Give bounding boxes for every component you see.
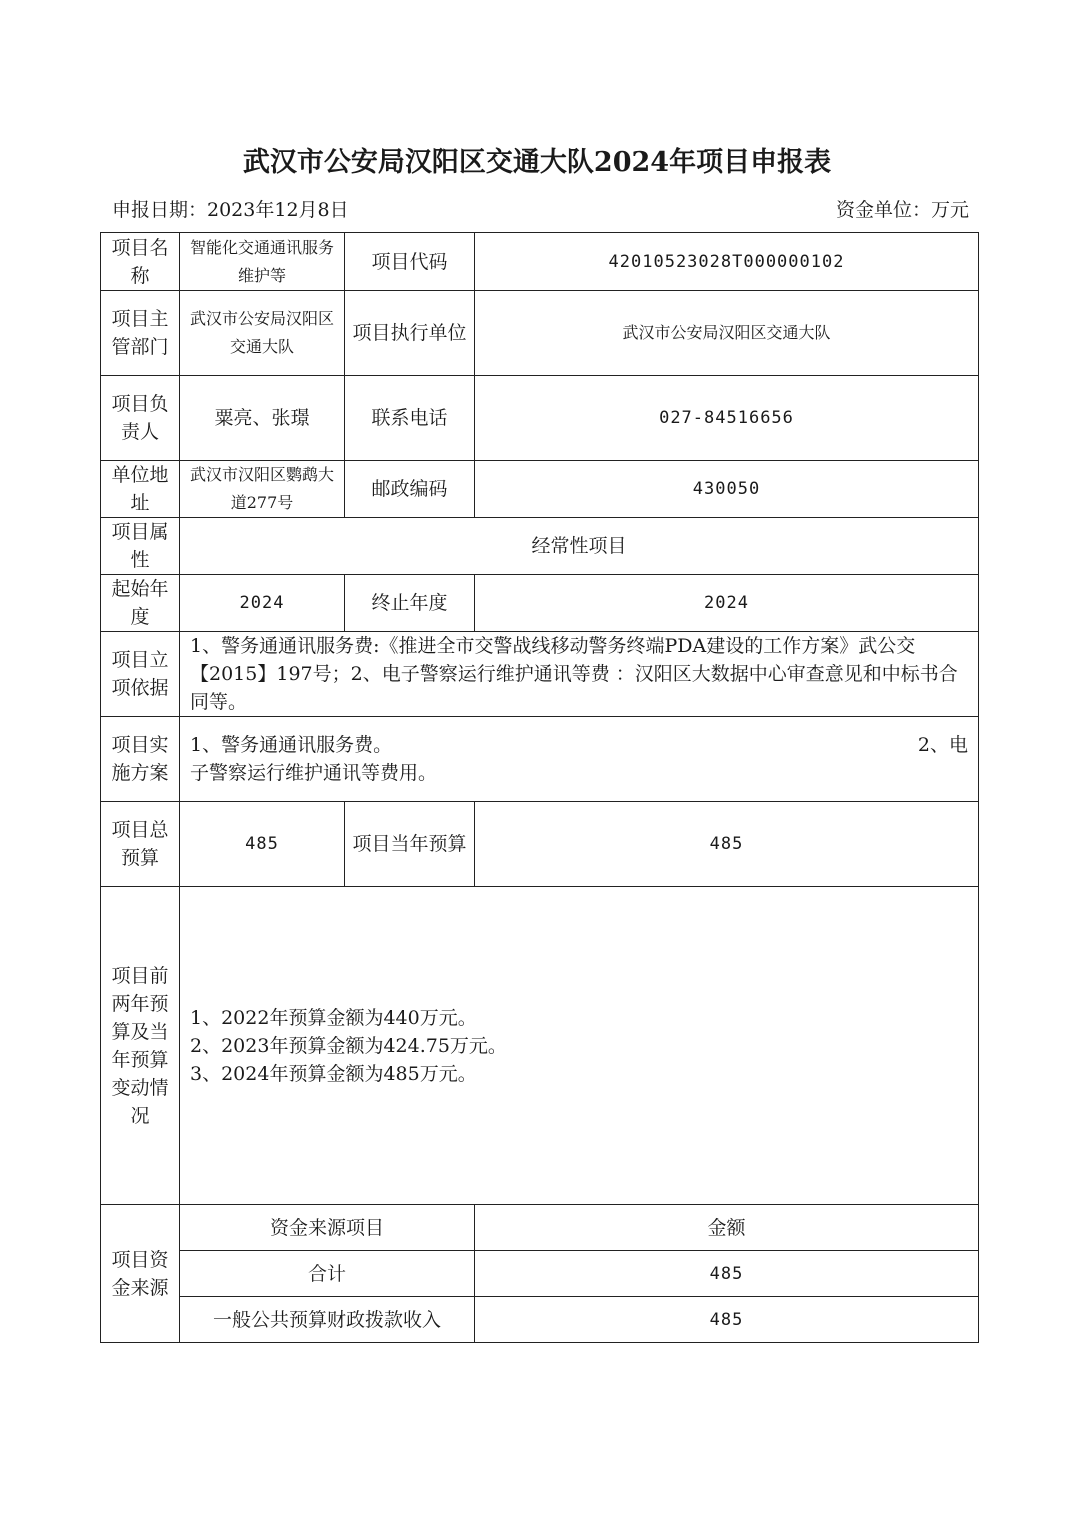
value-phone: 027-84516656 [475, 376, 979, 461]
label-plan: 项目实施方案 [101, 717, 180, 802]
report-date: 申报日期：2023年12月8日 [112, 195, 349, 222]
row-project-name: 项目名称 智能化交通通讯服务维护等 项目代码 42010523028T00000… [101, 233, 979, 291]
history-line-2024: 3、2024年预算金额为485万元。 [190, 1060, 968, 1088]
value-basis: 1、警务通通讯服务费:《推进全市交警战线移动警务终端PDA建设的工作方案》武公交… [180, 632, 979, 717]
label-start-year: 起始年度 [101, 575, 180, 632]
row-budget: 项目总预算 485 项目当年预算 485 [101, 802, 979, 887]
row-years: 起始年度 2024 终止年度 2024 [101, 575, 979, 632]
label-funding: 项目资金来源 [101, 1205, 180, 1343]
label-project-code: 项目代码 [345, 233, 475, 291]
value-current-budget: 485 [475, 802, 979, 887]
value-address: 武汉市汉阳区鹦鹉大道277号 [180, 461, 345, 518]
label-end-year: 终止年度 [345, 575, 475, 632]
plan-line2: 子警察运行维护通讯等费用。 [190, 759, 968, 787]
row-basis: 项目立项依据 1、警务通通讯服务费:《推进全市交警战线移动警务终端PDA建设的工… [101, 632, 979, 717]
row-attribute: 项目属性 经常性项目 [101, 518, 979, 575]
value-start-year: 2024 [180, 575, 345, 632]
label-history: 项目前两年预算及当年预算变动情况 [101, 887, 180, 1205]
label-exec-unit: 项目执行单位 [345, 291, 475, 376]
plan-line1-left: 1、警务通通讯服务费。 [190, 731, 392, 759]
row-funding-total: 合计 485 [101, 1251, 979, 1297]
label-basis: 项目立项依据 [101, 632, 180, 717]
label-attribute: 项目属性 [101, 518, 180, 575]
label-person: 项目负责人 [101, 376, 180, 461]
project-application-table: 项目名称 智能化交通通讯服务维护等 项目代码 42010523028T00000… [100, 232, 979, 1343]
value-department: 武汉市公安局汉阳区交通大队 [180, 291, 345, 376]
label-department: 项目主管部门 [101, 291, 180, 376]
value-total-budget: 485 [180, 802, 345, 887]
label-address: 单位地址 [101, 461, 180, 518]
funding-amount-general: 485 [475, 1297, 979, 1343]
label-postcode: 邮政编码 [345, 461, 475, 518]
row-address: 单位地址 武汉市汉阳区鹦鹉大道277号 邮政编码 430050 [101, 461, 979, 518]
funding-source-total: 合计 [180, 1251, 475, 1297]
funding-amount-total: 485 [475, 1251, 979, 1297]
row-plan: 项目实施方案 1、警务通通讯服务费。 2、电 子警察运行维护通讯等费用。 [101, 717, 979, 802]
history-line-2022: 1、2022年预算金额为440万元。 [190, 1004, 968, 1032]
value-postcode: 430050 [475, 461, 979, 518]
label-project-name: 项目名称 [101, 233, 180, 291]
value-end-year: 2024 [475, 575, 979, 632]
value-project-name: 智能化交通通讯服务维护等 [180, 233, 345, 291]
header-funding-source: 资金来源项目 [180, 1205, 475, 1251]
label-current-budget: 项目当年预算 [345, 802, 475, 887]
document-title: 武汉市公安局汉阳区交通大队2024年项目申报表 [0, 140, 1074, 179]
label-phone: 联系电话 [345, 376, 475, 461]
plan-line1-right: 2、电 [918, 731, 968, 759]
value-project-code: 42010523028T000000102 [475, 233, 979, 291]
row-funding-header: 项目资金来源 资金来源项目 金额 [101, 1205, 979, 1251]
value-plan: 1、警务通通讯服务费。 2、电 子警察运行维护通讯等费用。 [180, 717, 979, 802]
value-attribute: 经常性项目 [180, 518, 979, 575]
row-history: 项目前两年预算及当年预算变动情况 1、2022年预算金额为440万元。 2、20… [101, 887, 979, 1205]
value-exec-unit: 武汉市公安局汉阳区交通大队 [475, 291, 979, 376]
value-person: 粟亮、张璟 [180, 376, 345, 461]
row-department: 项目主管部门 武汉市公安局汉阳区交通大队 项目执行单位 武汉市公安局汉阳区交通大… [101, 291, 979, 376]
fund-unit: 资金单位：万元 [836, 195, 969, 222]
row-funding-general: 一般公共预算财政拨款收入 485 [101, 1297, 979, 1343]
row-person: 项目负责人 粟亮、张璟 联系电话 027-84516656 [101, 376, 979, 461]
value-history: 1、2022年预算金额为440万元。 2、2023年预算金额为424.75万元。… [180, 887, 979, 1205]
history-line-2023: 2、2023年预算金额为424.75万元。 [190, 1032, 968, 1060]
label-total-budget: 项目总预算 [101, 802, 180, 887]
header-funding-amount: 金额 [475, 1205, 979, 1251]
funding-source-general: 一般公共预算财政拨款收入 [180, 1297, 475, 1343]
